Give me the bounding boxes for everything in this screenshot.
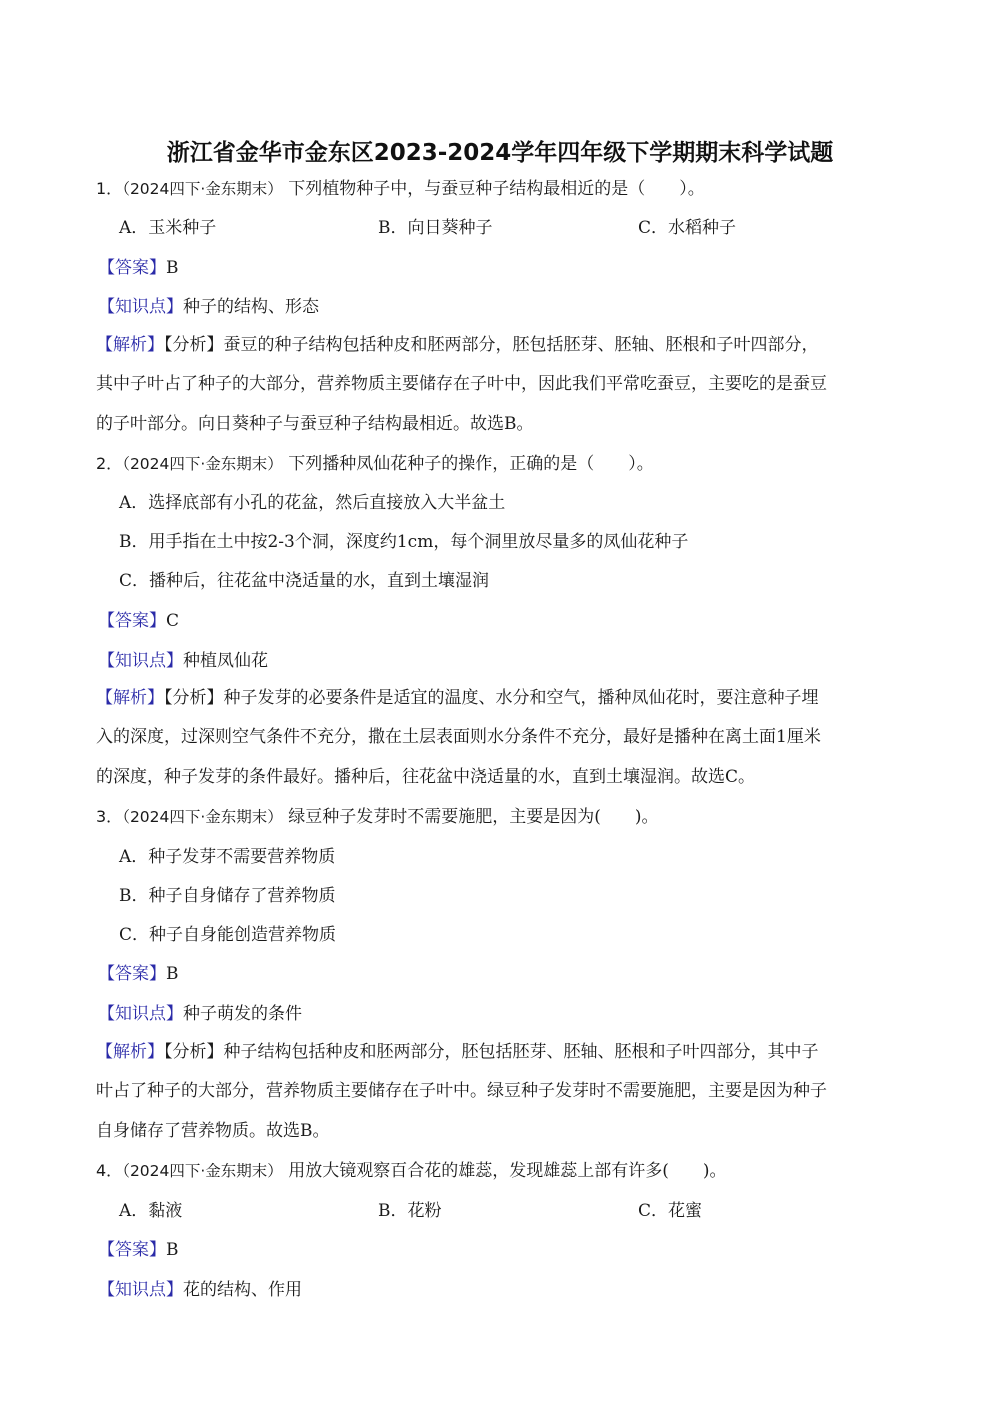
question-text: 绿豆种子发芽时不需要施肥，主要是因为( )。 — [288, 807, 658, 827]
analysis-text: 蚕豆的种子结构包括种皮和胚两部分，胚包括胚芽、胚轴、胚根和子叶四部分， — [224, 335, 819, 355]
question-2-answer: 【答案】C — [98, 610, 179, 632]
knowledge-label: 【知识点】 — [98, 1280, 183, 1300]
question-2-option-c: C．播种后，往花盆中浇适量的水，直到土壤湿润 — [119, 570, 489, 592]
knowledge-label: 【知识点】 — [98, 1004, 183, 1024]
analysis-line: 叶占了种子的大部分，营养物质主要储存在子叶中。绿豆种子发芽时不需要施肥，主要是因… — [96, 1072, 896, 1111]
analysis-sub-label: 【分析】 — [164, 335, 224, 355]
analysis-line: 的深度，种子发芽的条件最好。播种后，往花盆中浇适量的水，直到土壤湿润。故选C。 — [96, 758, 896, 797]
answer-label: 【答案】 — [98, 258, 166, 278]
question-text: 用放大镜观察百合花的雄蕊，发现雄蕊上部有许多( )。 — [288, 1161, 726, 1181]
answer-value: B — [166, 258, 179, 278]
answer-label: 【答案】 — [98, 1240, 166, 1260]
knowledge-label: 【知识点】 — [98, 651, 183, 671]
answer-value: B — [166, 1240, 179, 1260]
answer-label: 【答案】 — [98, 611, 166, 631]
knowledge-value: 种子的结构、形态 — [183, 297, 319, 317]
analysis-line: 【解析】【分析】蚕豆的种子结构包括种皮和胚两部分，胚包括胚芽、胚轴、胚根和子叶四… — [96, 326, 896, 365]
analysis-label: 【解析】 — [96, 1042, 164, 1062]
question-source: （2024四下·金东期末） — [122, 808, 283, 826]
question-2-knowledge: 【知识点】种植凤仙花 — [98, 650, 268, 672]
analysis-line: 【解析】【分析】种子发芽的必要条件是适宜的温度、水分和空气，播种凤仙花时，要注意… — [96, 679, 896, 718]
question-4-option-a: A．黏液 — [119, 1200, 182, 1222]
knowledge-value: 种子萌发的条件 — [183, 1004, 302, 1024]
knowledge-label: 【知识点】 — [98, 297, 183, 317]
analysis-line: 【解析】【分析】种子结构包括种皮和胚两部分，胚包括胚芽、胚轴、胚根和子叶四部分，… — [96, 1033, 896, 1072]
question-3-answer: 【答案】B — [98, 963, 179, 985]
question-number: 1． — [96, 179, 122, 198]
analysis-line: 自身储存了营养物质。故选B。 — [96, 1112, 896, 1151]
document-title: 浙江省金华市金东区2023-2024学年四年级下学期期末科学试题 — [0, 134, 1000, 167]
question-4-knowledge: 【知识点】花的结构、作用 — [98, 1279, 302, 1301]
question-4-option-b: B．花粉 — [378, 1200, 442, 1222]
question-1-stem: 1．（2024四下·金东期末） 下列植物种子中，与蚕豆种子结构最相近的是（ ）。 — [96, 178, 705, 200]
knowledge-value: 种植凤仙花 — [183, 651, 268, 671]
question-4-answer: 【答案】B — [98, 1239, 179, 1261]
question-1-option-a: A．玉米种子 — [119, 217, 216, 239]
question-1-option-c: C．水稻种子 — [638, 217, 736, 239]
question-source: （2024四下·金东期末） — [122, 455, 283, 473]
question-2-analysis: 【解析】【分析】种子发芽的必要条件是适宜的温度、水分和空气，播种凤仙花时，要注意… — [96, 679, 896, 797]
question-2-stem: 2．（2024四下·金东期末） 下列播种凤仙花种子的操作，正确的是（ ）。 — [96, 453, 654, 475]
question-2-option-a: A．选择底部有小孔的花盆，然后直接放入大半盆土 — [119, 492, 505, 514]
question-source: （2024四下·金东期末） — [122, 180, 283, 198]
question-3-knowledge: 【知识点】种子萌发的条件 — [98, 1003, 302, 1025]
question-number: 2． — [96, 454, 122, 473]
analysis-sub-label: 【分析】 — [164, 688, 224, 708]
question-3-option-c: C．种子自身能创造营养物质 — [119, 924, 336, 946]
question-source: （2024四下·金东期末） — [122, 1162, 283, 1180]
question-4-stem: 4．（2024四下·金东期末） 用放大镜观察百合花的雄蕊，发现雄蕊上部有许多( … — [96, 1160, 726, 1182]
question-number: 3． — [96, 807, 122, 826]
analysis-line: 的子叶部分。向日葵种子与蚕豆种子结构最相近。故选B。 — [96, 405, 896, 444]
question-1-knowledge: 【知识点】种子的结构、形态 — [98, 296, 319, 318]
answer-value: C — [166, 611, 179, 631]
analysis-label: 【解析】 — [96, 688, 164, 708]
question-1-option-b: B．向日葵种子 — [378, 217, 493, 239]
analysis-line: 入的深度，过深则空气条件不充分，撒在土层表面则水分条件不充分，最好是播种在离土面… — [96, 718, 896, 757]
analysis-text: 种子结构包括种皮和胚两部分，胚包括胚芽、胚轴、胚根和子叶四部分，其中子 — [224, 1042, 819, 1062]
question-1-analysis: 【解析】【分析】蚕豆的种子结构包括种皮和胚两部分，胚包括胚芽、胚轴、胚根和子叶四… — [96, 326, 896, 444]
analysis-text: 种子发芽的必要条件是适宜的温度、水分和空气，播种凤仙花时，要注意种子埋 — [224, 688, 819, 708]
analysis-label: 【解析】 — [96, 335, 164, 355]
question-3-option-b: B．种子自身储存了营养物质 — [119, 885, 336, 907]
analysis-line: 其中子叶占了种子的大部分，营养物质主要储存在子叶中，因此我们平常吃蚕豆，主要吃的… — [96, 365, 896, 404]
question-text: 下列植物种子中，与蚕豆种子结构最相近的是（ ）。 — [288, 179, 705, 199]
answer-label: 【答案】 — [98, 964, 166, 984]
analysis-sub-label: 【分析】 — [164, 1042, 224, 1062]
answer-value: B — [166, 964, 179, 984]
knowledge-value: 花的结构、作用 — [183, 1280, 302, 1300]
question-3-stem: 3．（2024四下·金东期末） 绿豆种子发芽时不需要施肥，主要是因为( )。 — [96, 806, 658, 828]
question-1-answer: 【答案】B — [98, 257, 179, 279]
question-text: 下列播种凤仙花种子的操作，正确的是（ ）。 — [288, 454, 654, 474]
question-2-option-b: B．用手指在土中按2-3个洞，深度约1cm，每个洞里放尽量多的凤仙花种子 — [119, 531, 688, 553]
question-4-option-c: C．花蜜 — [638, 1200, 702, 1222]
question-3-option-a: A．种子发芽不需要营养物质 — [119, 846, 335, 868]
question-number: 4． — [96, 1161, 122, 1180]
question-3-analysis: 【解析】【分析】种子结构包括种皮和胚两部分，胚包括胚芽、胚轴、胚根和子叶四部分，… — [96, 1033, 896, 1151]
